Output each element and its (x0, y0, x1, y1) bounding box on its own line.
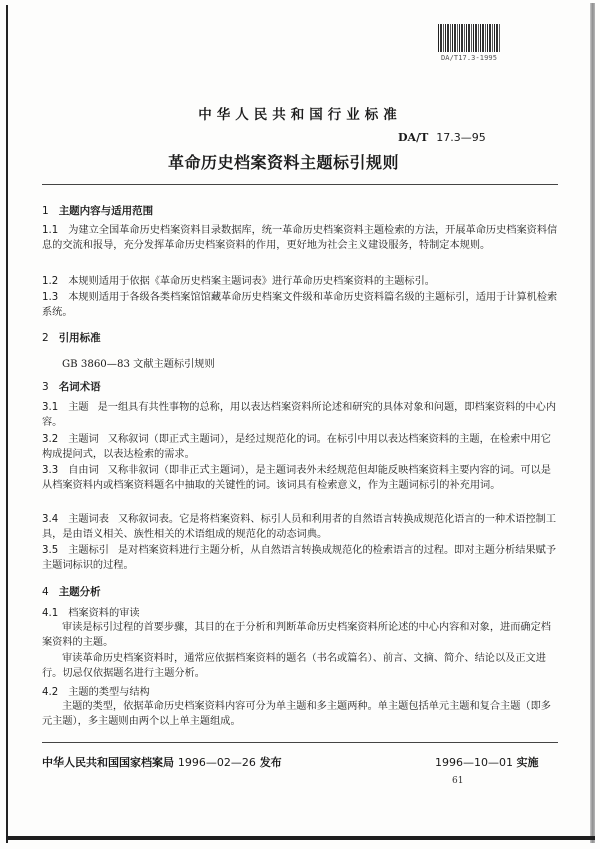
standard-code-number: 17.3—95 (436, 131, 486, 144)
page-number: 61 (452, 776, 463, 786)
standard-code-prefix: DA/T (398, 131, 428, 144)
effective-label: 实施 (517, 756, 539, 769)
scan-border-right (590, 3, 595, 843)
issue-label: 发布 (260, 756, 282, 769)
issue-date: 1996—02—26 (178, 756, 256, 769)
barcode-icon (438, 24, 500, 52)
clause-3-5: 3.5主题标引是对档案资料进行主题分析，从自然语言转换成规范化的检索语言的过程。… (42, 543, 558, 574)
header-divider (42, 184, 558, 185)
scan-border-left (6, 5, 8, 843)
barcode: DA/T17.3-1995 (438, 24, 500, 62)
barcode-code: DA/T17.3-1995 (438, 54, 500, 62)
term: 主题标引 (68, 545, 109, 556)
effective-date: 1996—10—01 (435, 756, 513, 769)
term: 主题词 (68, 434, 99, 445)
page-title: 革命历史档案资料主题标引规则 (168, 150, 399, 173)
document-page: DA/T17.3-1995 中华人民共和国行业标准 DA/T17.3—95 革命… (0, 0, 600, 849)
clause-3-2: 3.2主题词又称叙词（即正式主题词），是经过规范化的词。在标引中用以表达档案资料… (42, 432, 558, 463)
term: 自由词 (68, 465, 99, 476)
scan-border-bottom (6, 836, 595, 840)
section-heading: 2引用标准 (42, 330, 101, 345)
clause-3-4: 3.4主题词表又称叙词表。它是将档案资料、标引人员和利用者的自然语言转换成规范化… (42, 512, 558, 543)
reference-standard: GB 3860—83 文献主题标引规则 (62, 355, 215, 370)
clause-3-1: 3.1主题是一组具有共性事物的总称，用以表达档案资料所论述和研究的具体对象和问题… (42, 400, 558, 431)
clause-1-2: 1.2本规则适用于依据《革命历史档案主题词表》进行革命历史档案资料的主题标引。 (42, 274, 558, 289)
issuer: 中华人民共和国国家档案局 (42, 756, 174, 769)
section-heading: 4主题分析 (42, 584, 101, 599)
section-heading: 1主题内容与适用范围 (42, 203, 153, 218)
footer-divider (42, 742, 558, 743)
section-heading: 3名词术语 (42, 379, 101, 394)
paragraph: 审读革命历史档案资料时，通常应依据档案资料的题名（书名或篇名）、前言、文摘、简介… (42, 651, 558, 682)
paragraph: 主题的类型，依据革命历史档案资料内容可分为单主题和多主题两种。单主题包括单元主题… (42, 699, 558, 730)
issue-info: 中华人民共和国国家档案局 1996—02—26 发布 (42, 754, 282, 770)
subsection-heading: 4.1档案资料的审读 (42, 604, 140, 619)
effective-info: 1996—10—01 实施 (435, 754, 539, 770)
standard-code: DA/T17.3—95 (398, 131, 486, 144)
clause-1-1: 1.1为建立全国革命历史档案资料目录数据库，统一革命历史档案资料主题检索的方法，… (42, 223, 558, 254)
term: 主题词表 (68, 514, 109, 525)
paragraph: 审读是标引过程的首要步骤，其目的在于分析和判断革命历史档案资料所论述的中心内容和… (42, 620, 558, 651)
clause-1-3: 1.3本规则适用于各级各类档案馆馆藏革命历史档案文件级和革命历史资料篇名级的主题… (42, 290, 558, 321)
standard-type: 中华人民共和国行业标准 (0, 103, 600, 123)
clause-3-3: 3.3自由词又称非叙词（即非正式主题词），是主题词表外未经规范但却能反映档案资料… (42, 463, 558, 494)
term: 主题 (68, 402, 88, 413)
subsection-heading: 4.2主题的类型与结构 (42, 683, 150, 698)
